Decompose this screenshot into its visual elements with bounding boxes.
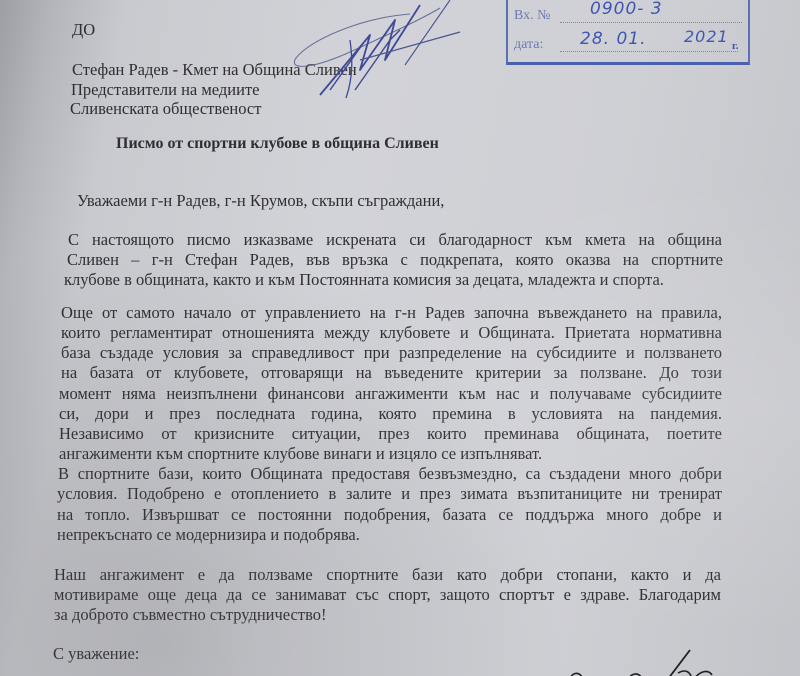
paragraph-line: ангажименти към спортните клубове винаги… bbox=[59, 444, 542, 464]
signature-top-icon bbox=[290, 0, 470, 110]
stamp-year-suffix: г. bbox=[732, 40, 739, 52]
paragraph-line: В спортните бази, които Общината предост… bbox=[58, 464, 722, 484]
paragraph-line: на базата от клубовете, отговарящи на въ… bbox=[61, 363, 722, 383]
paragraph-line: Наш ангажимент е да ползваме спортните б… bbox=[54, 565, 721, 585]
paragraph-line: Независимо от кризисните ситуации, през … bbox=[59, 424, 722, 444]
paragraph-line: С настоящото писмо изказваме искрената с… bbox=[68, 230, 722, 250]
stamp-date-dotted-line bbox=[560, 51, 738, 52]
paragraph-line: клубове в общината, както и към Постоянн… bbox=[64, 270, 664, 290]
paragraph-line: си, дори и през последната година, която… bbox=[59, 404, 722, 424]
paragraph-line: условия. Подобрено е отоплението в залит… bbox=[57, 484, 722, 504]
stamp-number-dotted-line bbox=[560, 22, 742, 23]
paragraph-line: момент няма неизпълнени финансови ангажи… bbox=[59, 384, 722, 404]
paragraph-line: мотивираме още деца да се занимават със … bbox=[54, 585, 721, 605]
paragraph-line: Сливен – г-н Стефан Радев, във връзка с … bbox=[67, 250, 723, 270]
addressee-label: ДО bbox=[72, 20, 95, 40]
paragraph-line: база създаде условия за справедливост пр… bbox=[61, 343, 722, 363]
scanned-letter-page: ДО Стефан Радев - Кмет на Община Сливен … bbox=[0, 0, 800, 676]
registration-stamp: Вх. № 0900- 3 дата: 28. 01. 2021 г. bbox=[506, 0, 750, 65]
stamp-date-label: дата: bbox=[514, 37, 543, 53]
signature-bottom-icon bbox=[560, 645, 760, 676]
paragraph-line: за доброто съвместно сътрудничество! bbox=[54, 605, 327, 625]
stamp-number-label: Вх. № bbox=[514, 8, 551, 24]
paragraph-line: на топло. Извършват се постоянни подобре… bbox=[57, 505, 722, 525]
stamp-date-value: 28. 01. bbox=[580, 29, 646, 49]
paragraph-line: които регламентират отношенията между кл… bbox=[61, 323, 722, 343]
recipient-public: Сливенската общественост bbox=[70, 99, 261, 119]
closing: С уважение: bbox=[53, 644, 139, 664]
paragraph-line: непрекъснато се модернизира и подобрява. bbox=[57, 525, 360, 545]
greeting: Уважаеми г-н Радев, г-н Крумов, скъпи съ… bbox=[77, 191, 444, 211]
stamp-year-value: 2021 bbox=[684, 27, 729, 46]
paragraph-line: Още от самото начало от управлението на … bbox=[61, 303, 722, 323]
recipient-media: Представители на медиите bbox=[71, 80, 260, 100]
letter-title: Писмо от спортни клубове в община Сливен bbox=[116, 134, 439, 154]
stamp-number-value: 0900- 3 bbox=[590, 0, 663, 19]
